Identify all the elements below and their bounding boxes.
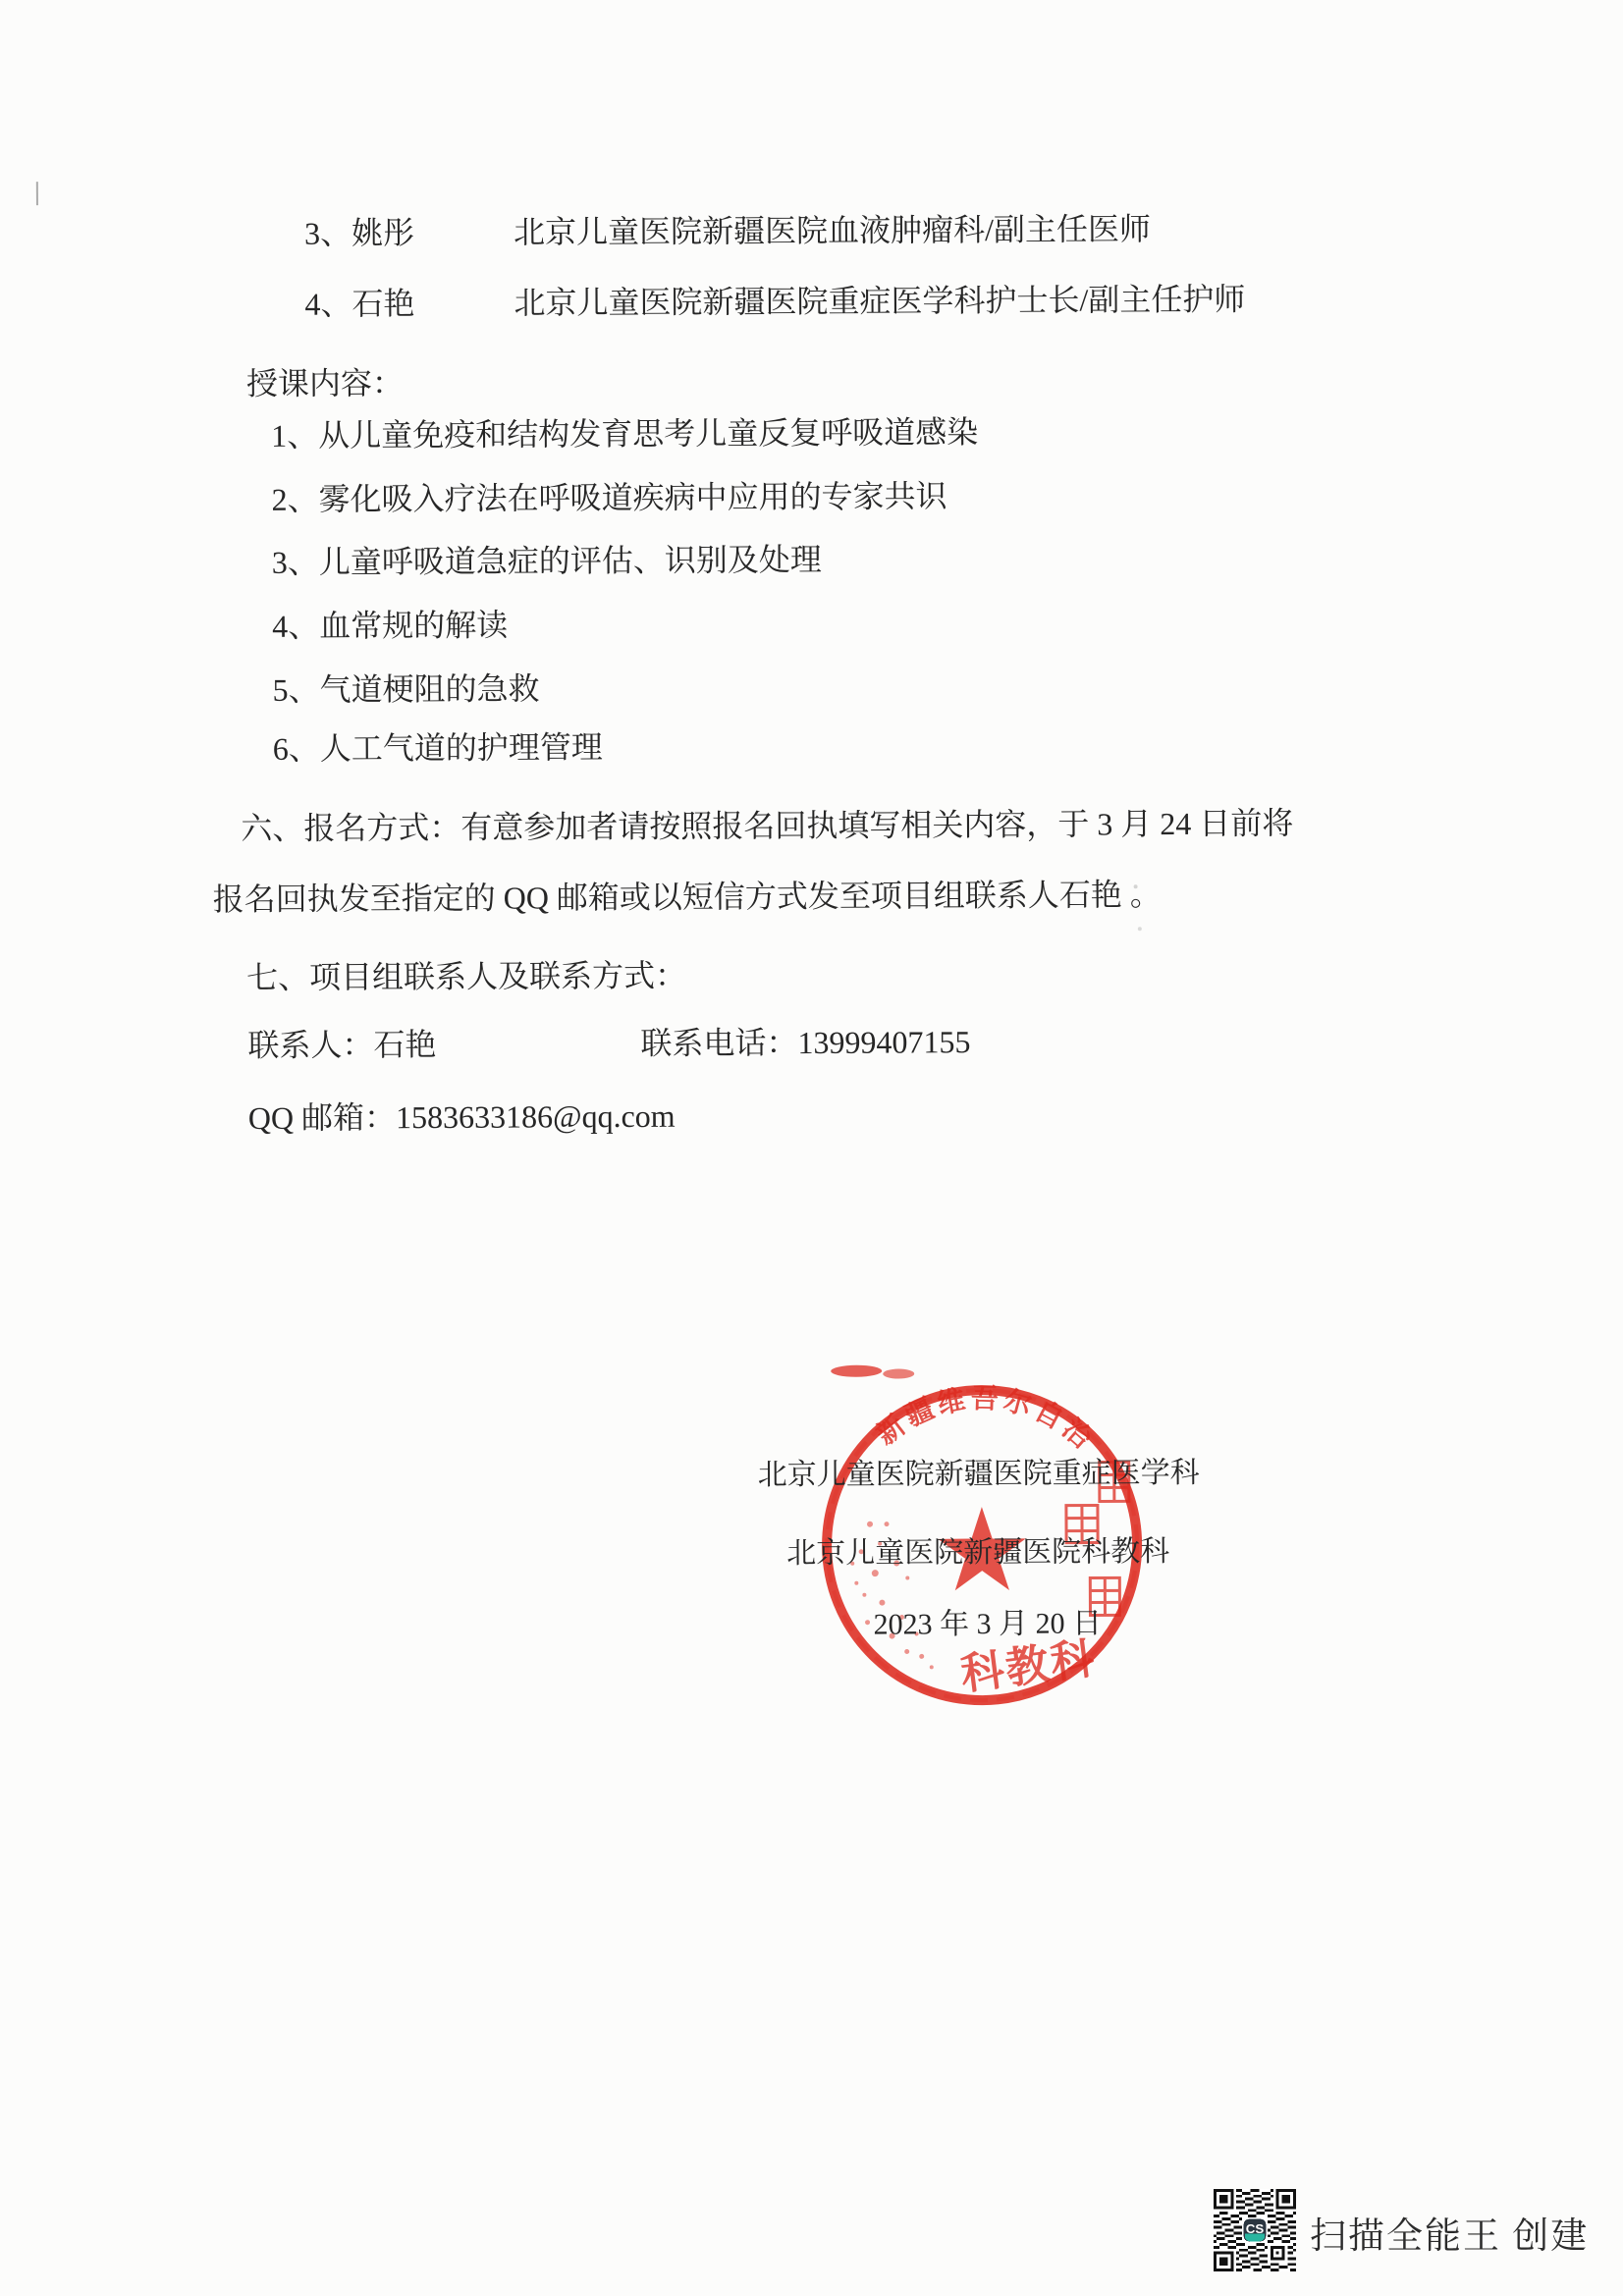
registration-line-2: 报名回执发至指定的 QQ 邮箱或以短信方式发至项目组联系人石艳 。 — [213, 879, 1162, 915]
scan-artifact-line — [36, 182, 38, 205]
course-item: 4、血常规的解读 — [272, 610, 508, 642]
course-item: 2、雾化吸入疗法在呼吸道疾病中应用的专家共识 — [271, 480, 947, 515]
signature-department-1: 北京儿童医院新疆医院重症医学科 — [758, 1459, 1200, 1490]
course-item: 3、儿童呼吸道急症的评估、识别及处理 — [272, 544, 822, 578]
contact-person: 联系人：石艳 — [247, 1029, 436, 1061]
scan-artifact-dot — [1134, 884, 1138, 888]
scanned-document-page: 3、姚彤 北京儿童医院新疆医院血液肿瘤科/副主任医师 4、石艳 北京儿童医院新疆… — [0, 0, 1623, 2296]
registration-line-1: 六、报名方式：有意参加者请按照报名回执填写相关内容，于 3 月 24 日前将 — [241, 807, 1293, 844]
camscanner-logo-text: CS — [1246, 2221, 1265, 2236]
speaker-affiliation: 北京儿童医院新疆医院重症医学科护士长/副主任护师 — [514, 284, 1245, 319]
course-content-heading: 授课内容： — [246, 367, 404, 400]
document-content: 3、姚彤 北京儿童医院新疆医院血液肿瘤科/副主任医师 4、石艳 北京儿童医院新疆… — [0, 0, 1623, 2296]
contact-row: 联系人：石艳 联系电话：13999407155 — [0, 1023, 1623, 1075]
course-item: 1、从儿童免疫和结构发育思考儿童反复呼吸道感染 — [271, 416, 978, 452]
speaker-row: 4、石艳 北京儿童医院新疆医院重症医学科护士长/副主任护师 — [0, 282, 1619, 334]
speaker-affiliation: 北京儿童医院新疆医院血液肿瘤科/副主任医师 — [514, 213, 1151, 247]
scan-artifact-dot — [1138, 927, 1142, 931]
speaker-row: 3、姚彤 北京儿童医院新疆医院血液肿瘤科/副主任医师 — [0, 211, 1618, 263]
camscanner-watermark-text: 扫描全能王 创建 — [1310, 2206, 1589, 2259]
stamp-bottom-text: 科教科 — [958, 1634, 1099, 1699]
contact-section-heading: 七、项目组联系人及联系方式： — [246, 960, 686, 993]
contact-qq-email: QQ 邮箱：1583633186@qq.com — [248, 1100, 676, 1134]
speaker-label: 4、石艳 — [304, 288, 414, 320]
signature-department-2: 北京儿童医院新疆医院科教科 — [786, 1537, 1169, 1569]
contact-phone: 联系电话：13999407155 — [640, 1026, 970, 1059]
signature-date: 2023 年 3 月 20 日 — [873, 1609, 1102, 1639]
stamp-smudge — [831, 1365, 882, 1377]
course-item: 6、人工气道的护理管理 — [273, 731, 603, 765]
stamp-arc-text: 新疆维吾尔自治 — [871, 1381, 1101, 1458]
speaker-label: 3、姚彤 — [304, 217, 414, 249]
course-item: 5、气道梗阻的急救 — [272, 672, 539, 705]
camscanner-qr-code: CS — [1214, 2189, 1296, 2271]
